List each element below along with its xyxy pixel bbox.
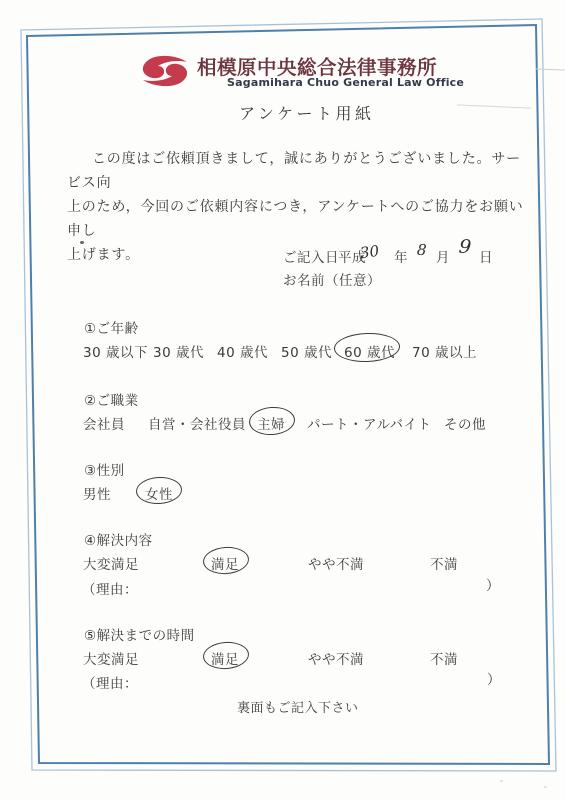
q1-option-1: 30 歳以下	[83, 341, 148, 361]
q5-reason-label: （理由：	[82, 672, 138, 692]
office-name-english: Sagamihara Chuo General Law Office	[227, 76, 464, 89]
year-unit: 年	[394, 246, 408, 266]
footer-note: 裏面もご記入下さい	[237, 697, 359, 716]
q3-title: ③性別	[84, 459, 125, 479]
handwritten-year: 30	[359, 242, 380, 262]
date-label: ご記入日	[283, 246, 339, 266]
q5-title: ⑤解決までの時間	[84, 624, 195, 644]
q5-option-1: 大変満足	[83, 648, 139, 668]
office-logo-icon	[140, 52, 190, 96]
q1-title: ①ご年齢	[84, 317, 139, 337]
handwritten-day: 9	[458, 235, 472, 258]
q4-title: ④解決内容	[84, 529, 153, 549]
form-title: アンケート用紙	[239, 101, 375, 124]
day-unit: 日	[479, 246, 493, 266]
handwritten-month: 8	[416, 241, 427, 260]
q2-option-1: 会社員	[83, 413, 125, 433]
q5-reason-close: ）	[487, 668, 501, 688]
q4-reason-close: ）	[486, 574, 500, 594]
intro-line: この度はご依頼頂きまして，誠にありがとうございました。サービス向	[67, 147, 529, 195]
q2-option-4: パート・アルバイト	[307, 413, 432, 433]
name-label: お名前（任意）	[283, 269, 381, 289]
q1-option-4: 50 歳代	[281, 341, 332, 361]
q3-option-1: 男性	[83, 483, 111, 503]
scan-speck	[544, 786, 547, 788]
scan-speck	[500, 780, 503, 782]
q1-option-2: 30 歳代	[153, 341, 204, 361]
q1-option-3: 40 歳代	[217, 341, 268, 361]
q4-option-3: やや不満	[308, 553, 364, 573]
q2-option-2: 自営・会社役員	[148, 413, 246, 433]
q4-reason-label: （理由：	[82, 578, 138, 598]
month-unit: 月	[436, 246, 450, 266]
q5-option-3: やや不満	[308, 648, 364, 668]
q2-option-5: その他	[444, 413, 486, 433]
q1-option-6: 70 歳以上	[412, 341, 477, 361]
q4-option-4: 不満	[430, 553, 458, 573]
q2-title: ②ご職業	[84, 389, 139, 409]
q4-option-1: 大変満足	[83, 553, 139, 573]
scanned-survey-form: 相模原中央総合法律事務所 Sagamihara Chuo General Law…	[0, 0, 565, 800]
q5-option-4: 不満	[430, 648, 458, 668]
